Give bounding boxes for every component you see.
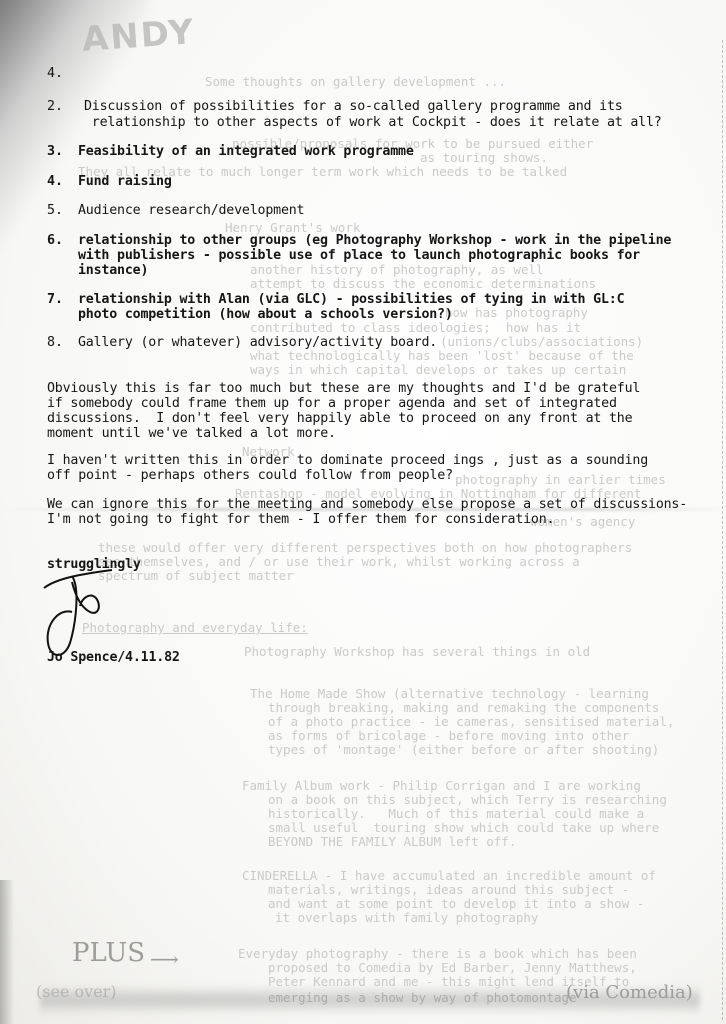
page-right-edge	[721, 40, 723, 1020]
ghost-heading: Some thoughts on gallery development ...	[205, 74, 506, 89]
ghost-line: it overlaps with family photography	[275, 910, 538, 925]
item-number: 7.	[47, 292, 63, 308]
paragraph-line: We can ignore this for the meeting and s…	[47, 497, 687, 513]
item-number: 4.	[47, 174, 63, 190]
ghost-line: of a photo practice - ie cameras, sensit…	[268, 714, 674, 729]
ghost-line: as forms of bricolage - before moving in…	[268, 728, 629, 743]
ghost-line: BEYOND THE FAMILY ALBUM left off.	[268, 834, 516, 849]
paragraph-line: discussions. I don't feel very happily a…	[47, 411, 632, 427]
paragraph-line: off point - perhaps others could follow …	[47, 468, 453, 484]
ghost-line: materials, writings, ideas around this s…	[268, 882, 629, 897]
item-line: photo competition (how about a schools v…	[78, 307, 453, 323]
ghost-line: photography in earlier times	[455, 472, 666, 487]
item-line: relationship with Alan (via GLC) - possi…	[78, 292, 624, 308]
paragraph-line: moment until we've talked a lot more.	[47, 426, 336, 442]
ghost-line: ways in which capital develops or takes …	[250, 362, 626, 377]
ghost-line: CINDERELLA - I have accumulated an incre…	[242, 868, 656, 883]
handwritten-note-plus: PLUS	[72, 938, 145, 968]
paragraph-line: I haven't written this in order to domin…	[47, 453, 648, 469]
item-line: Discussion of possibilities for a so-cal…	[84, 99, 623, 115]
item-line: Gallery (or whatever) advisory/activity …	[78, 335, 437, 351]
page-edge-shadow	[0, 880, 14, 1024]
ghost-line: see themselves, and / or use their work,…	[98, 554, 580, 569]
ghost-line: on a book on this subject, which Terry i…	[268, 792, 667, 807]
ghost-line: small useful touring show which could ta…	[268, 820, 659, 835]
handwritten-note-see-over: (see over)	[36, 982, 117, 1001]
ghost-line: emerging as a show by way of photomontag…	[268, 990, 577, 1005]
item-line: Feasibility of an integrated work progra…	[78, 144, 414, 160]
ghost-line: Photography Workshop has several things …	[244, 644, 590, 659]
item-line: with publishers - possible use of place …	[78, 248, 640, 264]
item-line: Audience research/development	[78, 203, 304, 219]
ghost-line: attempt to discuss the economic determin…	[250, 276, 596, 291]
item-line: instance)	[78, 263, 148, 279]
paragraph-line: if somebody could frame them up for a pr…	[47, 396, 617, 412]
ghost-line: and want at some point to develop it int…	[268, 896, 644, 911]
item-number: 2.	[47, 99, 63, 115]
item-number: 6.	[47, 233, 63, 249]
item-line: relationship to other groups (eg Photogr…	[78, 233, 671, 249]
ghost-line: through breaking, making and remaking th…	[268, 700, 659, 715]
signature-line: Jo Spence/4.11.82	[47, 650, 180, 666]
stray-item-number: 4.	[47, 66, 63, 82]
faded-name-stamp: ANDY	[81, 12, 197, 60]
item-number: 3.	[47, 144, 63, 160]
item-number: 5.	[47, 203, 63, 219]
ghost-line: proposed to Comedia by Ed Barber, Jenny …	[268, 960, 637, 975]
ghost-line: (unions/clubs/associations)	[440, 334, 643, 349]
paragraph-line: Obviously this is far too much but these…	[47, 381, 640, 397]
scanned-page: ANDY Some thoughts on gallery developmen…	[0, 0, 726, 1024]
item-line: relationship to other aspects of work at…	[84, 115, 662, 131]
ghost-line: these would offer very different perspec…	[98, 540, 632, 555]
arrow-right-icon: ⟶	[150, 947, 179, 971]
ghost-line: The Home Made Show (alternative technolo…	[250, 686, 649, 701]
item-number: 8.	[47, 335, 63, 351]
ghost-line: Everyday photography - there is a book w…	[238, 946, 637, 961]
ghost-line: Family Album work - Philip Corrigan and …	[242, 778, 641, 793]
ghost-line: types of 'montage' (either before or aft…	[268, 742, 659, 757]
ghost-line: another history of photography, as well	[250, 262, 544, 277]
handwritten-note-comedia: (via Comedia)	[566, 982, 693, 1003]
item-line: Fund raising	[78, 174, 172, 190]
ghost-line: historically. Much of this material coul…	[268, 806, 644, 821]
paragraph-line: I'm not going to fight for them - I offe…	[47, 512, 554, 528]
ghost-line: as touring shows.	[420, 150, 548, 165]
